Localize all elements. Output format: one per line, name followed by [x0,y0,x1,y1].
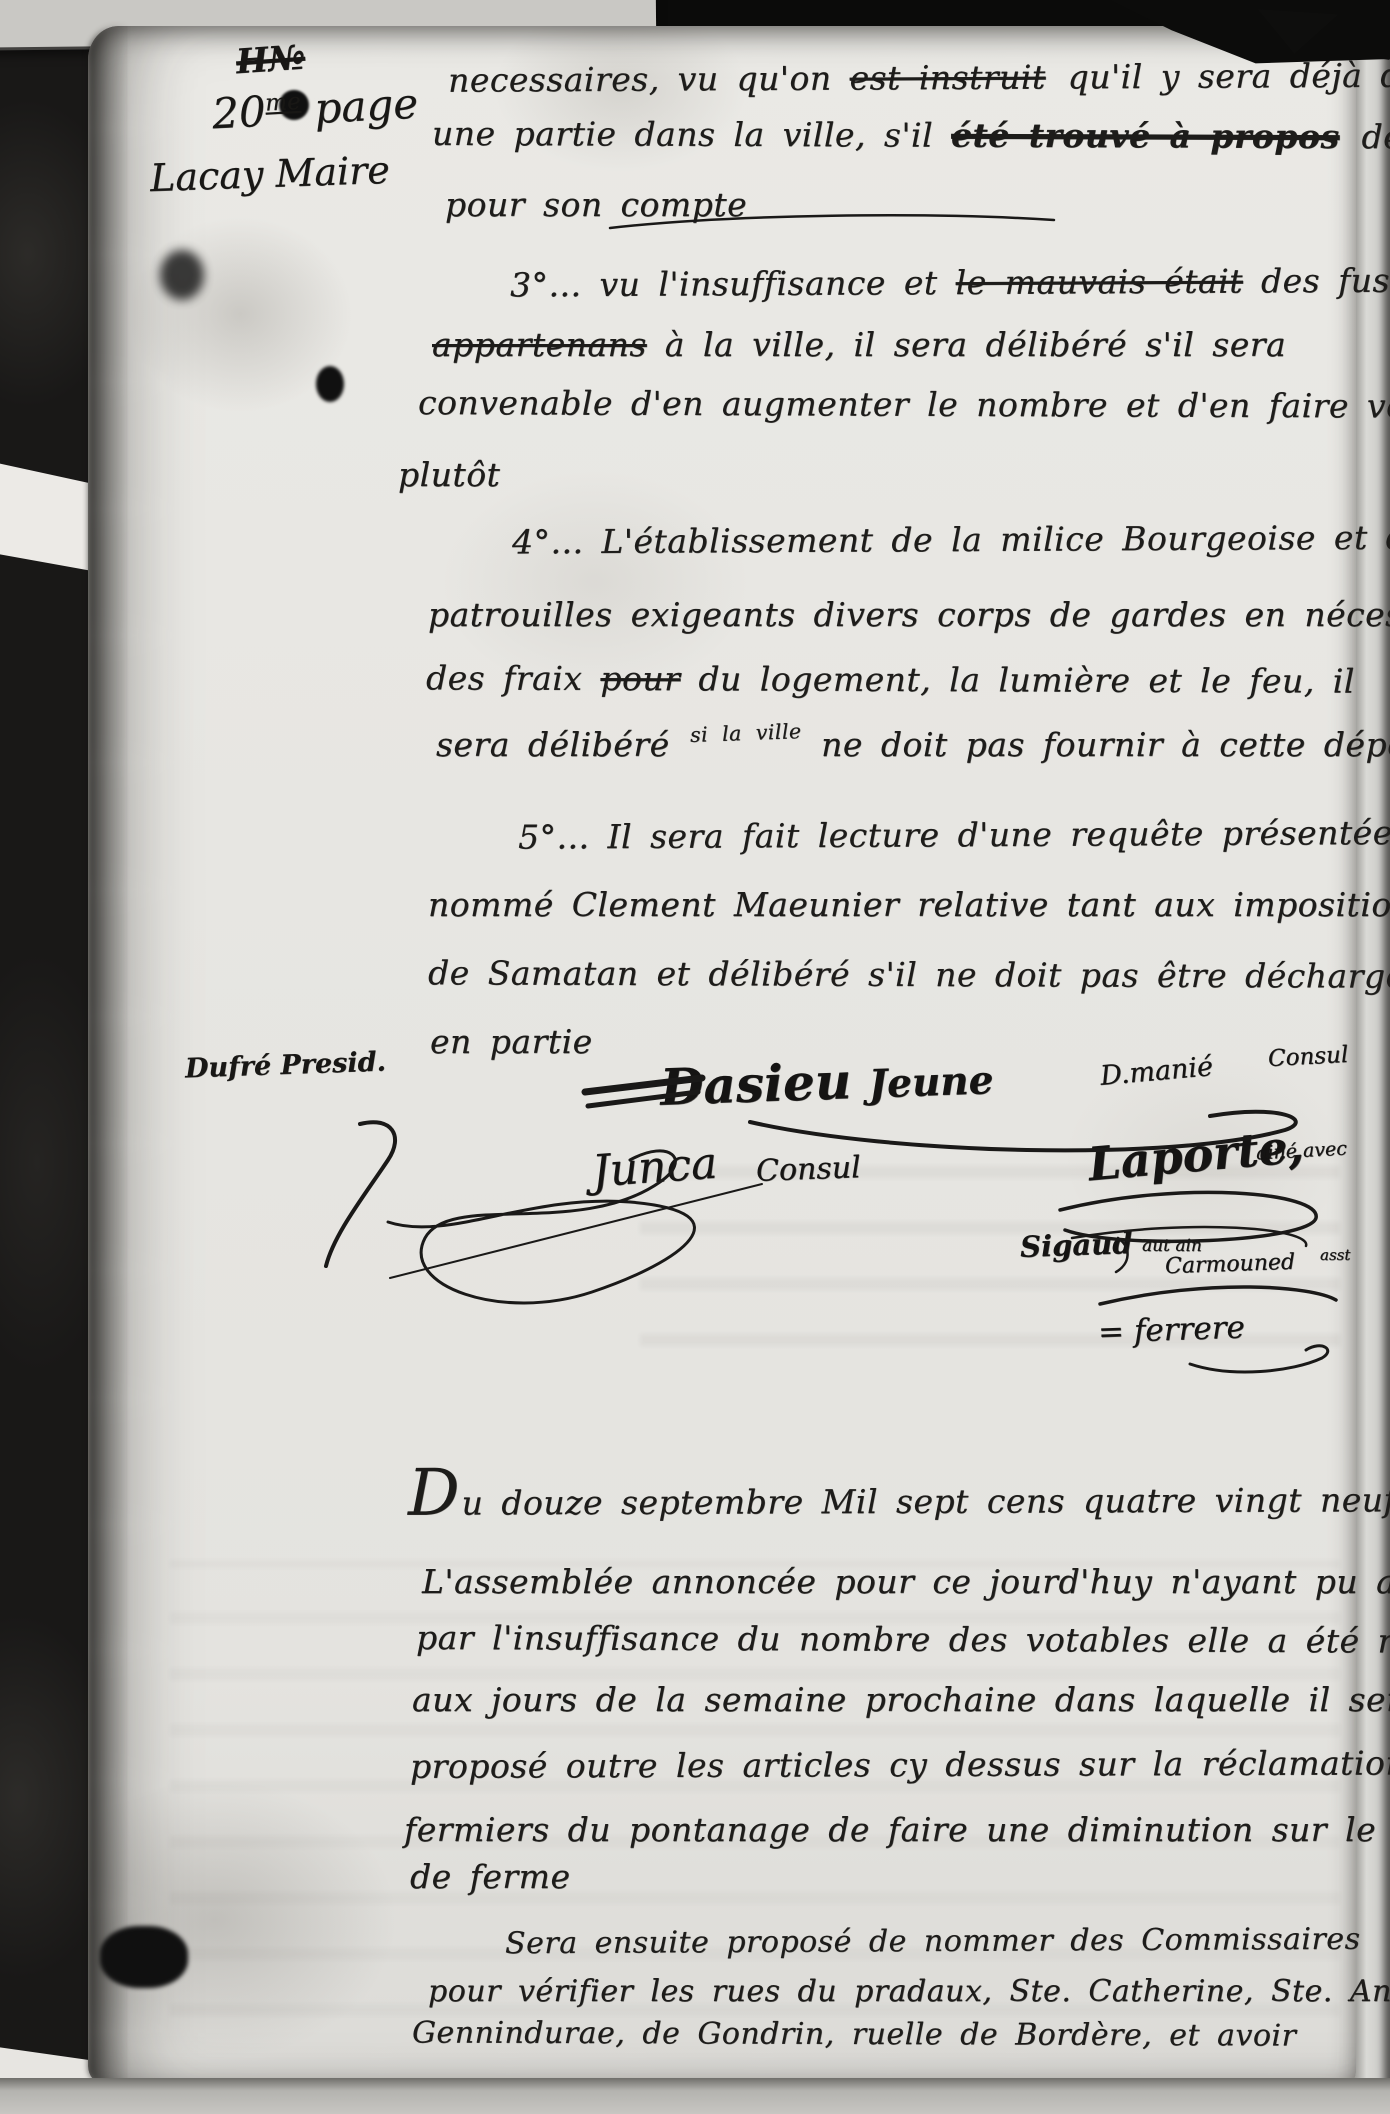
manuscript-line: plutôt [398,455,500,495]
pen-stroke [1100,1287,1336,1304]
margin-folio-mark: H№ [235,38,307,83]
ink-smudge [160,250,204,300]
manuscript-line: 5°... Il sera fait lecture d'une requête… [518,812,1390,857]
manuscript-line: de ferme [410,1857,570,1897]
signature-flourishes [330,1040,1390,1410]
margin-page-word: page [313,79,419,133]
manuscript-line: Du douze septembre Mil sept cens quatre … [408,1480,1390,1523]
manuscript-line: une partie dans la ville, s'il été trouv… [432,114,1390,158]
manuscript-line: necessaires, vu qu'on est instruit qu'il… [448,55,1390,100]
ink-blot [100,1926,188,1988]
manuscript-line: fermiers du pontanage de faire une dimin… [404,1810,1390,1850]
manuscript-line: des fraix pour du logement, la lumière e… [426,658,1355,701]
manuscript-line: convenable d'en augmenter le nombre et d… [418,383,1390,427]
binding-gutter-shadow [88,26,128,2084]
manuscript-line: L'assemblée annoncée pour ce jourd'huy n… [422,1562,1390,1602]
underline-flourish [602,204,1062,240]
manuscript-line: 3°... vu l'insuffisance et le mauvais ét… [510,261,1390,306]
manuscript-line: patrouilles exigeants divers corps de ga… [428,595,1390,635]
manuscript-line: par l'insuffisance du nombre des votable… [416,1618,1390,1662]
manuscript-line: Gennindurae, de Gondrin, ruelle de Bordè… [412,2013,1297,2056]
scan-bed-bottom-band [0,2078,1390,2114]
ink-blot [316,366,344,402]
manuscript-line: sera délibéré si la ville ne doit pas fo… [436,725,1390,769]
pen-stroke [390,1184,762,1278]
manuscript-line: proposé outre les articles cy dessus sur… [410,1743,1390,1787]
pen-stroke [388,1151,694,1303]
pen-stroke [588,1092,698,1106]
manuscript-line: pour vérifier les rues du pradaux, Ste. … [428,1972,1390,2012]
manuscript-line: Sera ensuite proposé de nommer des Commi… [505,1920,1361,1964]
scanned-manuscript-page: 11 H№ 20me page Lacay Maire Dufré Presid… [0,0,1390,2114]
manuscript-line: aux jours de la semaine prochaine dans l… [412,1680,1390,1720]
margin-page-number-suffix: me [264,89,301,117]
margin-page-number: 20 [211,87,267,139]
pen-stroke [1190,1346,1328,1372]
pen-stroke [610,215,1054,228]
manuscript-line: nommé Clement Maeunier relative tant aux… [428,885,1390,925]
manuscript-line: appartenans à la ville, il sera délibéré… [432,325,1286,365]
margin-mayor-note: Lacay Maire [149,148,390,200]
scan-bed-left-edge [0,0,92,2114]
pen-stroke [585,1078,702,1092]
manuscript-line: 4°... L'établissement de la milice Bourg… [512,518,1390,563]
pen-stroke [1116,1238,1128,1272]
pen-stroke [750,1112,1296,1151]
manuscript-line: de Samatan et délibéré s'il ne doit pas … [428,953,1390,996]
